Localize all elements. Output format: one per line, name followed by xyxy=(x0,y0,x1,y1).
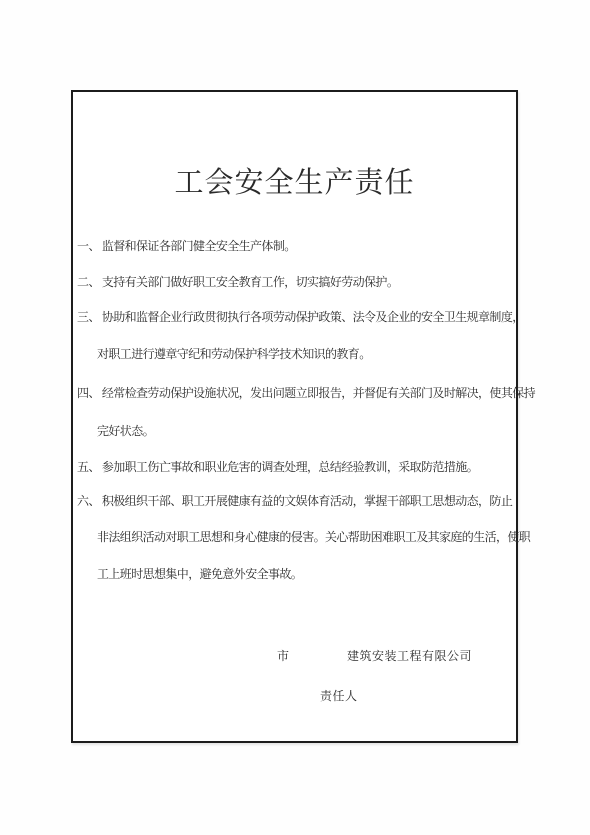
responsibility-item-4-line-2: 完好状态。 xyxy=(73,422,516,439)
city-prefix: 市 xyxy=(277,647,290,664)
responsibility-item-2: 二、支持有关部门做好职工安全教育工作，切实搞好劳动保护。 xyxy=(73,273,516,290)
item-number: 一、 xyxy=(77,239,100,253)
item-number: 三、 xyxy=(77,310,100,324)
responsibility-item-5: 五、参加职工伤亡事故和职业危害的调查处理，总结经验教训，采取防范措施。 xyxy=(73,458,516,475)
item-text: 经常检查劳动保护设施状况，发出问题立即报告，并督促有关部门及时解决，使其保持 xyxy=(102,386,535,400)
signer-label: 责任人 xyxy=(320,689,358,703)
responsibility-item-6-line-3: 工上班时思想集中，避免意外安全事故。 xyxy=(73,565,516,582)
responsibility-item-3-line-2: 对职工进行遵章守纪和劳动保护科学技术知识的教育。 xyxy=(73,345,516,362)
item-number: 四、 xyxy=(77,386,100,400)
item-number: 二、 xyxy=(77,275,100,289)
item-text: 参加职工伤亡事故和职业危害的调查处理，总结经验教训，采取防范措施。 xyxy=(102,460,478,474)
document-title: 工会安全生产责任 xyxy=(73,160,516,201)
footer-signer-line: 责任人 xyxy=(320,687,358,704)
document-border-frame: 工会安全生产责任 一、监督和保证各部门健全安全生产体制。 二、支持有关部门做好职… xyxy=(71,90,518,743)
item-text: 支持有关部门做好职工安全教育工作，切实搞好劳动保护。 xyxy=(102,275,398,289)
company-name: 建筑安装工程有限公司 xyxy=(347,647,472,664)
item-text: 对职工进行遵章守纪和劳动保护科学技术知识的教育。 xyxy=(97,347,371,361)
responsibility-item-6-line-2: 非法组织活动对职工思想和身心健康的侵害。关心帮助困难职工及其家庭的生活，使职 xyxy=(73,528,516,545)
responsibility-item-6-line-1: 六、积极组织干部、职工开展健康有益的文娱体育活动，掌握干部职工思想动态，防止 xyxy=(73,492,516,509)
item-text: 积极组织干部、职工开展健康有益的文娱体育活动，掌握干部职工思想动态，防止 xyxy=(102,494,512,508)
item-number: 五、 xyxy=(77,460,100,474)
item-text: 完好状态。 xyxy=(97,424,154,438)
item-text: 工上班时思想集中，避免意外安全事故。 xyxy=(97,567,302,581)
item-text: 监督和保证各部门健全安全生产体制。 xyxy=(102,239,296,253)
item-text: 协助和监督企业行政贯彻执行各项劳动保护政策、法令及企业的安全卫生规章制度， xyxy=(102,310,524,324)
item-number: 六、 xyxy=(77,494,100,508)
item-text: 非法组织活动对职工思想和身心健康的侵害。关心帮助困难职工及其家庭的生活，使职 xyxy=(97,530,530,544)
scanned-document-page: 工会安全生产责任 一、监督和保证各部门健全安全生产体制。 二、支持有关部门做好职… xyxy=(0,0,590,835)
responsibility-item-3-line-1: 三、协助和监督企业行政贯彻执行各项劳动保护政策、法令及企业的安全卫生规章制度， xyxy=(73,308,516,325)
footer-company-line: 市 建筑安装工程有限公司 xyxy=(73,647,516,663)
responsibility-item-4-line-1: 四、经常检查劳动保护设施状况，发出问题立即报告，并督促有关部门及时解决，使其保持 xyxy=(73,384,516,401)
responsibility-item-1: 一、监督和保证各部门健全安全生产体制。 xyxy=(73,237,516,254)
